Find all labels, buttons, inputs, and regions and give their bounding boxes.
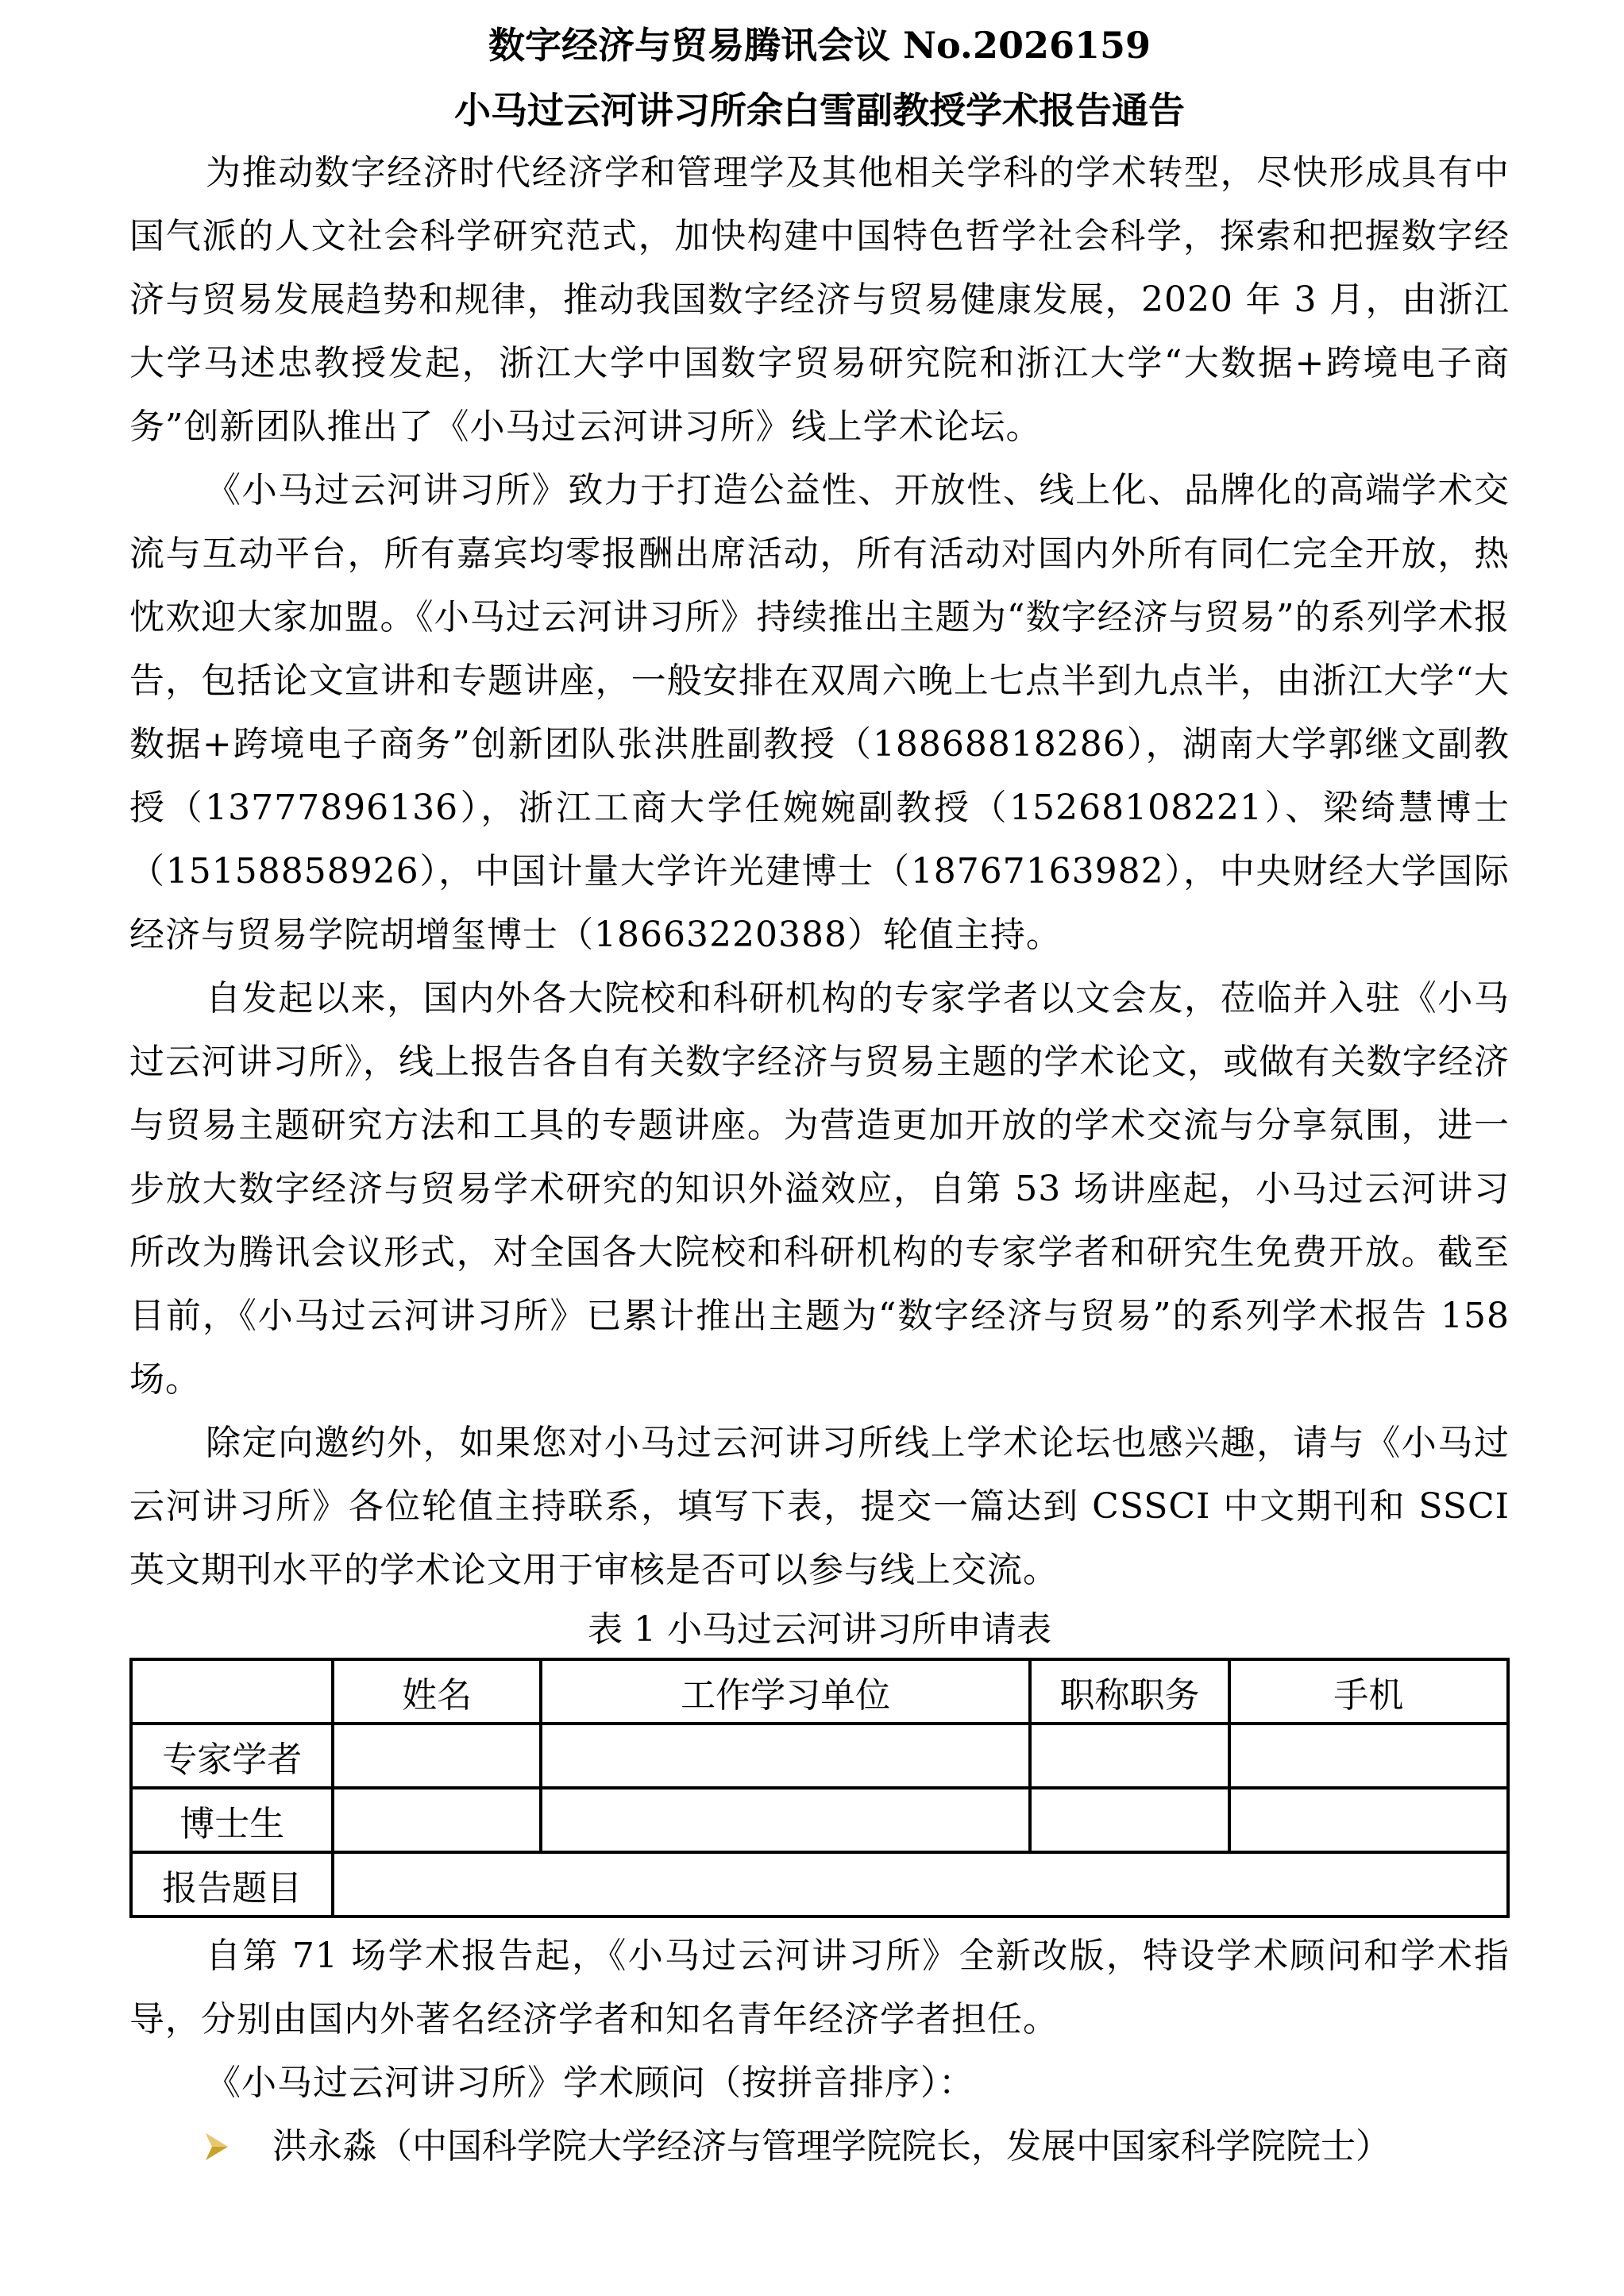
table-header-cell — [131, 1659, 333, 1724]
advisor-text: 洪永淼（中国科学院大学经济与管理学院院长，发展中国家科学院院士） — [272, 2115, 1391, 2179]
table-header-name: 姓名 — [333, 1659, 540, 1724]
table-cell-topic — [333, 1852, 1508, 1917]
table-header-title: 职称职务 — [1030, 1659, 1229, 1724]
paragraph-intro: 为推动数字经济时代经济学和管理学及其他相关学科的学术转型，尽快形成具有中国气派的… — [129, 141, 1510, 459]
document-title: 数字经济与贸易腾讯会议 No.2026159 — [129, 22, 1510, 68]
row-label: 专家学者 — [131, 1724, 333, 1788]
table-cell — [1030, 1724, 1229, 1788]
paragraph-revamp: 自第 71 场学术报告起，《小马过云河讲习所》全新改版，特设学术顾问和学术指导，… — [129, 1924, 1510, 2051]
table-cell — [1229, 1724, 1508, 1788]
paragraph-history: 自发起以来，国内外各大院校和科研机构的专家学者以文会友，莅临并入驻《小马过云河讲… — [129, 967, 1510, 1412]
table-cell — [333, 1788, 540, 1852]
table-cell — [1229, 1788, 1508, 1852]
row-label: 博士生 — [131, 1788, 333, 1852]
table-row-phd: 博士生 — [131, 1788, 1508, 1852]
application-table: 姓名 工作学习单位 职称职务 手机 专家学者 博士生 报告题目 — [129, 1658, 1510, 1918]
advisor-item: 洪永淼（中国科学院大学经济与管理学院院长，发展中国家科学院院士） — [129, 2115, 1510, 2179]
row-label: 报告题目 — [131, 1852, 333, 1917]
table-cell — [1030, 1788, 1229, 1852]
table-header-row: 姓名 工作学习单位 职称职务 手机 — [131, 1659, 1508, 1724]
document-subtitle: 小马过云河讲习所余白雪副教授学术报告通告 — [129, 87, 1510, 133]
table-caption: 表 1 小马过云河讲习所申请表 — [129, 1602, 1510, 1658]
table-header-affiliation: 工作学习单位 — [541, 1659, 1030, 1724]
arrow-bullet-icon — [206, 2133, 228, 2160]
table-row-topic: 报告题目 — [131, 1852, 1508, 1917]
table-header-phone: 手机 — [1229, 1659, 1508, 1724]
table-cell — [333, 1724, 540, 1788]
advisors-heading: 《小马过云河讲习所》学术顾问（按拼音排序）： — [129, 2051, 1510, 2115]
table-cell — [541, 1788, 1030, 1852]
paragraph-platform: 《小马过云河讲习所》致力于打造公益性、开放性、线上化、品牌化的高端学术交流与互动… — [129, 459, 1510, 967]
table-row-expert: 专家学者 — [131, 1724, 1508, 1788]
document-body: 为推动数字经济时代经济学和管理学及其他相关学科的学术转型，尽快形成具有中国气派的… — [129, 141, 1510, 2179]
table-cell — [541, 1724, 1030, 1788]
paragraph-application: 除定向邀约外，如果您对小马过云河讲习所线上学术论坛也感兴趣，请与《小马过云河讲习… — [129, 1412, 1510, 1602]
